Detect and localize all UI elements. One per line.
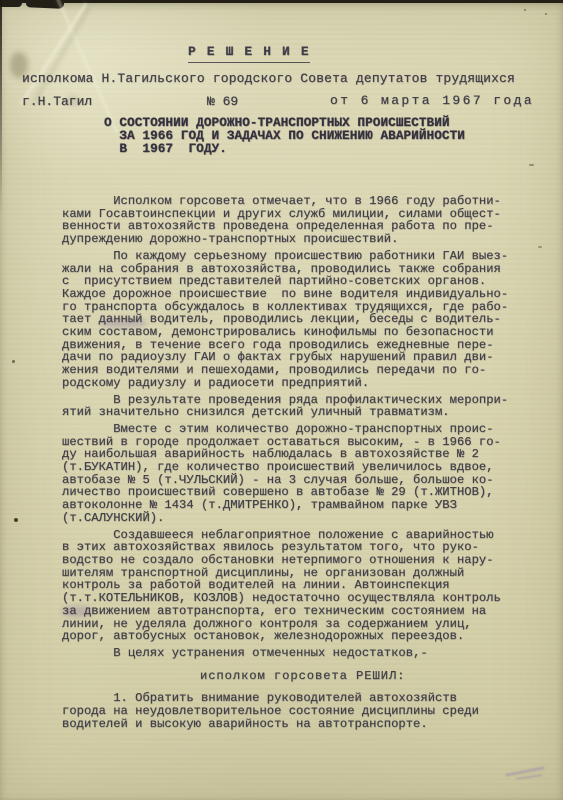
paper-edge-corner bbox=[0, 0, 22, 7]
body-paragraph: В целях устранения отмеченных недостатко… bbox=[62, 647, 532, 660]
speck bbox=[529, 164, 534, 166]
resolution-heading: исполком горсовета РЕШИЛ: bbox=[200, 670, 532, 683]
document-place: г.Н.Тагил bbox=[22, 94, 92, 109]
body-paragraph: Создавшееся неблагоприятное положение с … bbox=[62, 529, 532, 643]
scanned-document: Р Е Ш Е Н И Е исполкома Н.Тагильского го… bbox=[0, 0, 563, 800]
body-paragraph: Исполком горсовета отмечает, что в 1966 … bbox=[62, 195, 532, 246]
document-date: от 6 марта 1967 года bbox=[330, 93, 534, 108]
speck bbox=[545, 13, 547, 15]
subject-heading: О СОСТОЯНИИ ДОРОЖНО-ТРАНСПОРТНЫХ ПРОИСШЕ… bbox=[104, 116, 524, 156]
body-paragraph: 1. Обратить внимание руководителей автох… bbox=[62, 692, 532, 730]
document-title: Р Е Ш Е Н И Е bbox=[188, 44, 310, 63]
body-paragraph: В результате проведения ряда профилактич… bbox=[62, 394, 532, 419]
speck bbox=[538, 246, 542, 248]
document-number: № 69 bbox=[207, 94, 238, 109]
paper-edge-left bbox=[0, 0, 2, 215]
speck bbox=[524, 9, 526, 11]
issuing-organization-line: исполкома Н.Тагильского городского Совет… bbox=[22, 71, 515, 86]
body-paragraph: По каждому серьезному происшествию работ… bbox=[62, 250, 532, 390]
body-paragraph: Вместе с этим количество дорожно-транспо… bbox=[62, 423, 532, 525]
document-body: Исполком горсовета отмечает, что в 1966 … bbox=[62, 195, 532, 734]
speck bbox=[14, 518, 18, 522]
speck bbox=[12, 360, 15, 363]
